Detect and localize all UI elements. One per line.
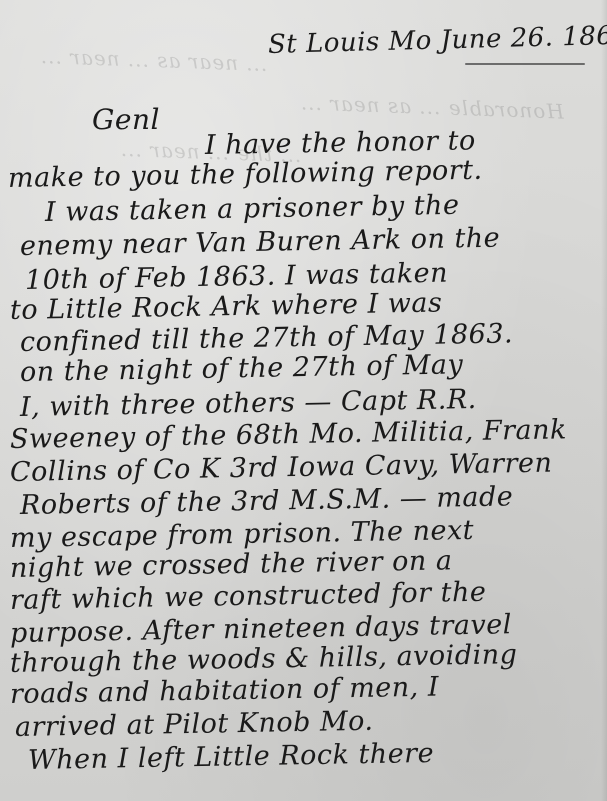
letter-line: I was taken a prisoner by the — [45, 190, 460, 228]
letter-line: arrived at Pilot Knob Mo. — [15, 706, 374, 743]
bleed-through-text: ... near as ... near ... — [40, 44, 268, 76]
letter-line: When I left Little Rock there — [28, 738, 435, 776]
letter-line: enemy near Van Buren Ark on the — [20, 223, 501, 262]
letter-line: roads and habitation of men, I — [10, 672, 440, 710]
dateline: St Louis Mo June 26. 1863. — [268, 20, 607, 60]
letter-line: make to you the following report. — [8, 155, 483, 194]
salutation: Genl — [92, 103, 160, 136]
dateline-underline — [465, 63, 585, 65]
bleed-through-text: Honorable ... as near ... — [300, 90, 565, 123]
page-edge-shadow — [601, 0, 607, 801]
letter-page: ... near as ... near ... Honorable ... a… — [0, 0, 607, 801]
letter-line: on the night of the 27th of May — [20, 349, 464, 388]
